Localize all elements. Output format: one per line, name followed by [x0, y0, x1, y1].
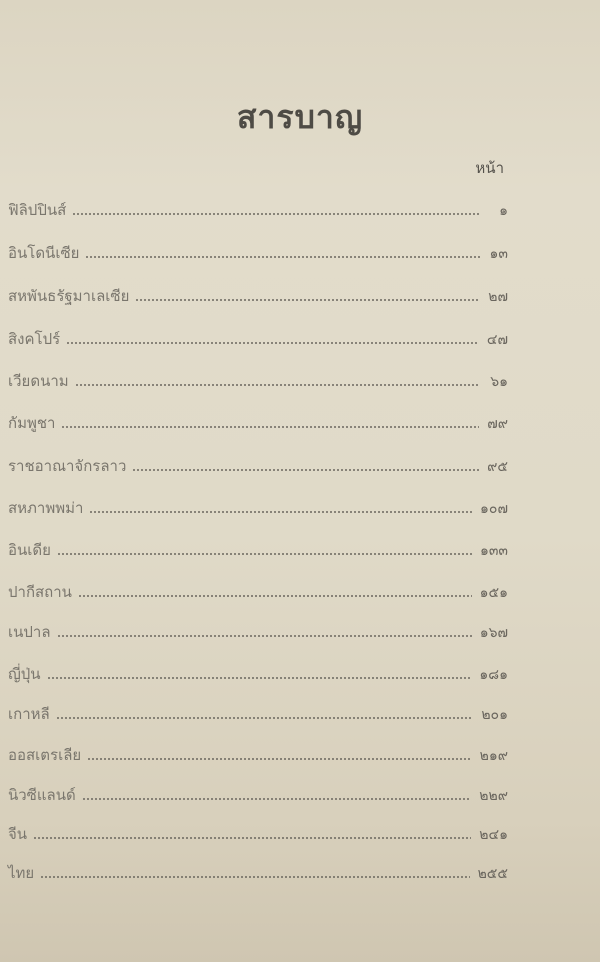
dot-leader [57, 635, 472, 637]
page-title: สารบาญ [0, 92, 600, 143]
toc-entry: ไทย ๒๕๕ [8, 859, 508, 885]
toc-entry-label: ราชอาณาจักรลาว [8, 454, 132, 478]
toc-entry-page: ๒๐๑ [473, 704, 508, 726]
toc-entry-label: นิวซีแลนด์ [8, 783, 82, 807]
dot-leader [40, 876, 469, 878]
dot-leader [33, 837, 471, 839]
toc-entry-page: ๒๒๙ [471, 785, 508, 807]
dot-leader [72, 213, 480, 215]
toc-entry: กัมพูชา ๗๙ [8, 409, 508, 435]
book-page: สารบาญ หน้า ฟิลิปปินส์ ๑ อินโดนีเซีย ๑๓ … [0, 0, 600, 962]
dot-leader [66, 342, 479, 344]
toc-entry-label: สิงคโปร์ [8, 327, 66, 351]
toc-entry-label: ฟิลิปปินส์ [8, 198, 72, 222]
toc-entry-page: ๒๗ [480, 286, 508, 308]
dot-leader [82, 798, 472, 800]
toc-entry-label: สหภาพพม่า [8, 496, 89, 520]
toc-entry-page: ๙๕ [479, 456, 508, 478]
toc-entry-page: ๒๑๙ [472, 745, 508, 767]
toc-entry-label: เกาหลี [8, 702, 56, 726]
dot-leader [135, 299, 480, 301]
toc-entry-page: ๒๕๕ [470, 863, 508, 885]
toc-entry-label: ออสเตรเลีย [8, 743, 87, 767]
toc-entry-page: ๑๐๗ [472, 498, 508, 520]
toc-entry: เวียดนาม ๖๑ [8, 367, 508, 393]
dot-leader [89, 511, 472, 513]
dot-leader [75, 384, 480, 386]
dot-leader [85, 256, 480, 258]
dot-leader [61, 426, 479, 428]
toc-entry-label: กัมพูชา [8, 411, 61, 435]
toc-entry: จีน ๒๔๑ [8, 820, 508, 846]
toc-entry-page: ๑ [480, 200, 508, 222]
toc-entry-page: ๑๘๑ [471, 664, 508, 686]
toc-entry-label: อินโดนีเซีย [8, 241, 85, 265]
toc-entry: อินโดนีเซีย ๑๓ [8, 239, 508, 265]
toc-entry: เกาหลี ๒๐๑ [8, 700, 508, 726]
toc-entry-page: ๖๑ [480, 371, 508, 393]
toc-entry-page: ๑๓ [480, 243, 508, 265]
toc-entry: เนปาล ๑๖๗ [8, 618, 508, 644]
dot-leader [57, 553, 472, 555]
dot-leader [132, 469, 479, 471]
toc-entry-page: ๔๗ [479, 329, 508, 351]
dot-leader [47, 677, 472, 679]
toc-entry: ราชอาณาจักรลาว ๙๕ [8, 452, 508, 478]
toc-entry-label: ไทย [8, 861, 40, 885]
toc-entry-label: เนปาล [8, 620, 57, 644]
toc-entry: สิงคโปร์ ๔๗ [8, 325, 508, 351]
toc-entry: สหภาพพม่า ๑๐๗ [8, 494, 508, 520]
toc-entry-label: เวียดนาม [8, 369, 75, 393]
toc-entry-page: ๑๓๓ [472, 540, 508, 562]
toc-entry: สหพันธรัฐมาเลเซีย ๒๗ [8, 282, 508, 308]
toc-entry: ปากีสถาน ๑๕๑ [8, 578, 508, 604]
toc-entry: ญี่ปุ่น ๑๘๑ [8, 660, 508, 686]
dot-leader [87, 758, 471, 760]
toc-entry: ออสเตรเลีย ๒๑๙ [8, 741, 508, 767]
toc-entry-label: อินเดีย [8, 538, 57, 562]
toc-entry-page: ๗๙ [479, 413, 508, 435]
page-column-header: หน้า [475, 156, 504, 180]
toc-entry: นิวซีแลนด์ ๒๒๙ [8, 781, 508, 807]
toc-entry-page: ๑๕๑ [472, 582, 508, 604]
dot-leader [78, 595, 472, 597]
toc-entry-label: ญี่ปุ่น [8, 662, 47, 686]
toc-entry: อินเดีย ๑๓๓ [8, 536, 508, 562]
toc-entry-label: จีน [8, 822, 33, 846]
toc-entry-page: ๑๖๗ [472, 622, 508, 644]
dot-leader [56, 717, 474, 719]
toc-entry: ฟิลิปปินส์ ๑ [8, 196, 508, 222]
toc-entry-label: สหพันธรัฐมาเลเซีย [8, 284, 135, 308]
toc-entry-page: ๒๔๑ [471, 824, 508, 846]
toc-entry-label: ปากีสถาน [8, 580, 78, 604]
